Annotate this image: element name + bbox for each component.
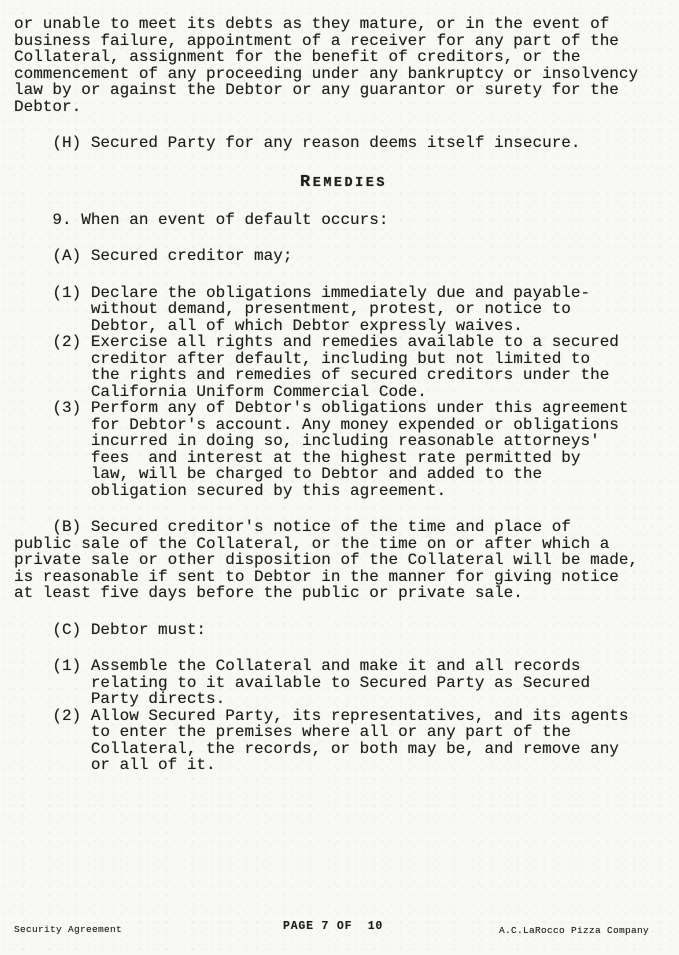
clause-9: 9. When an event of default occurs: — [14, 212, 673, 229]
text-line: obligation secured by this agreement. — [14, 483, 673, 500]
text-line: (C) Debtor must: — [14, 622, 673, 639]
text-line: Party directs. — [14, 691, 673, 708]
text-line: business failure, appointment of a recei… — [14, 33, 673, 50]
text-line: (A) Secured creditor may; — [14, 248, 673, 265]
text-line: (1) Assemble the Collateral and make it … — [14, 658, 673, 675]
text-line: or all of it. — [14, 757, 673, 774]
text-line: commencement of any proceeding under any… — [14, 66, 673, 83]
text-line: law, will be charged to Debtor and added… — [14, 466, 673, 483]
text-line: fees and interest at the highest rate pe… — [14, 450, 673, 467]
text-line: (2) Exercise all rights and remedies ava… — [14, 334, 673, 351]
text-line: (2) Allow Secured Party, its representat… — [14, 708, 673, 725]
text-line: (1) Declare the obligations immediately … — [14, 285, 673, 302]
text-line: relating to it available to Secured Part… — [14, 675, 673, 692]
text-line: (B) Secured creditor's notice of the tim… — [14, 519, 673, 536]
list-a: (1) Declare the obligations immediately … — [14, 285, 673, 500]
text-line: law by or against the Debtor or any guar… — [14, 82, 673, 99]
text-line: (H) Secured Party for any reason deems i… — [14, 135, 673, 152]
text-line: Collateral, the records, or both may be,… — [14, 741, 673, 758]
text-line: California Uniform Commercial Code. — [14, 384, 673, 401]
text-line: to enter the premises where all or any p… — [14, 724, 673, 741]
footer-page-number: PAGE 7 OF 10 — [283, 920, 383, 933]
text-line: Debtor, all of which Debtor expressly wa… — [14, 318, 673, 335]
clause-a: (A) Secured creditor may; — [14, 248, 673, 265]
list-c: (1) Assemble the Collateral and make it … — [14, 658, 673, 774]
text-line: or unable to meet its debts as they matu… — [14, 16, 673, 33]
document-body: or unable to meet its debts as they matu… — [14, 16, 673, 794]
section-heading: REMEDIES — [14, 172, 673, 195]
clause-c: (C) Debtor must: — [14, 622, 673, 639]
text-line: private sale or other disposition of the… — [14, 552, 673, 569]
text-line: is reasonable if sent to Debtor in the m… — [14, 569, 673, 586]
clause-b: (B) Secured creditor's notice of the tim… — [14, 519, 673, 602]
heading-remedies: REMEDIES — [14, 172, 673, 195]
text-line: without demand, presentment, protest, or… — [14, 301, 673, 318]
text-line: Collateral, assignment for the benefit o… — [14, 49, 673, 66]
text-line: (3) Perform any of Debtor's obligations … — [14, 400, 673, 417]
text-line: at least five days before the public or … — [14, 585, 673, 602]
text-line: 9. When an event of default occurs: — [14, 212, 673, 229]
para-insolvency: or unable to meet its debts as they matu… — [14, 16, 673, 115]
text-line: incurred in doing so, including reasonab… — [14, 433, 673, 450]
text-line: public sale of the Collateral, or the ti… — [14, 536, 673, 553]
text-line: Debtor. — [14, 99, 673, 116]
text-line: the rights and remedies of secured credi… — [14, 367, 673, 384]
clause-h: (H) Secured Party for any reason deems i… — [14, 135, 673, 152]
footer-document-title: Security Agreement — [14, 924, 122, 935]
text-line: creditor after default, including but no… — [14, 351, 673, 368]
document-page: or unable to meet its debts as they matu… — [0, 0, 679, 955]
footer-company-name: A.C.LaRocco Pizza Company — [499, 925, 649, 936]
text-line: for Debtor's account. Any money expended… — [14, 417, 673, 434]
